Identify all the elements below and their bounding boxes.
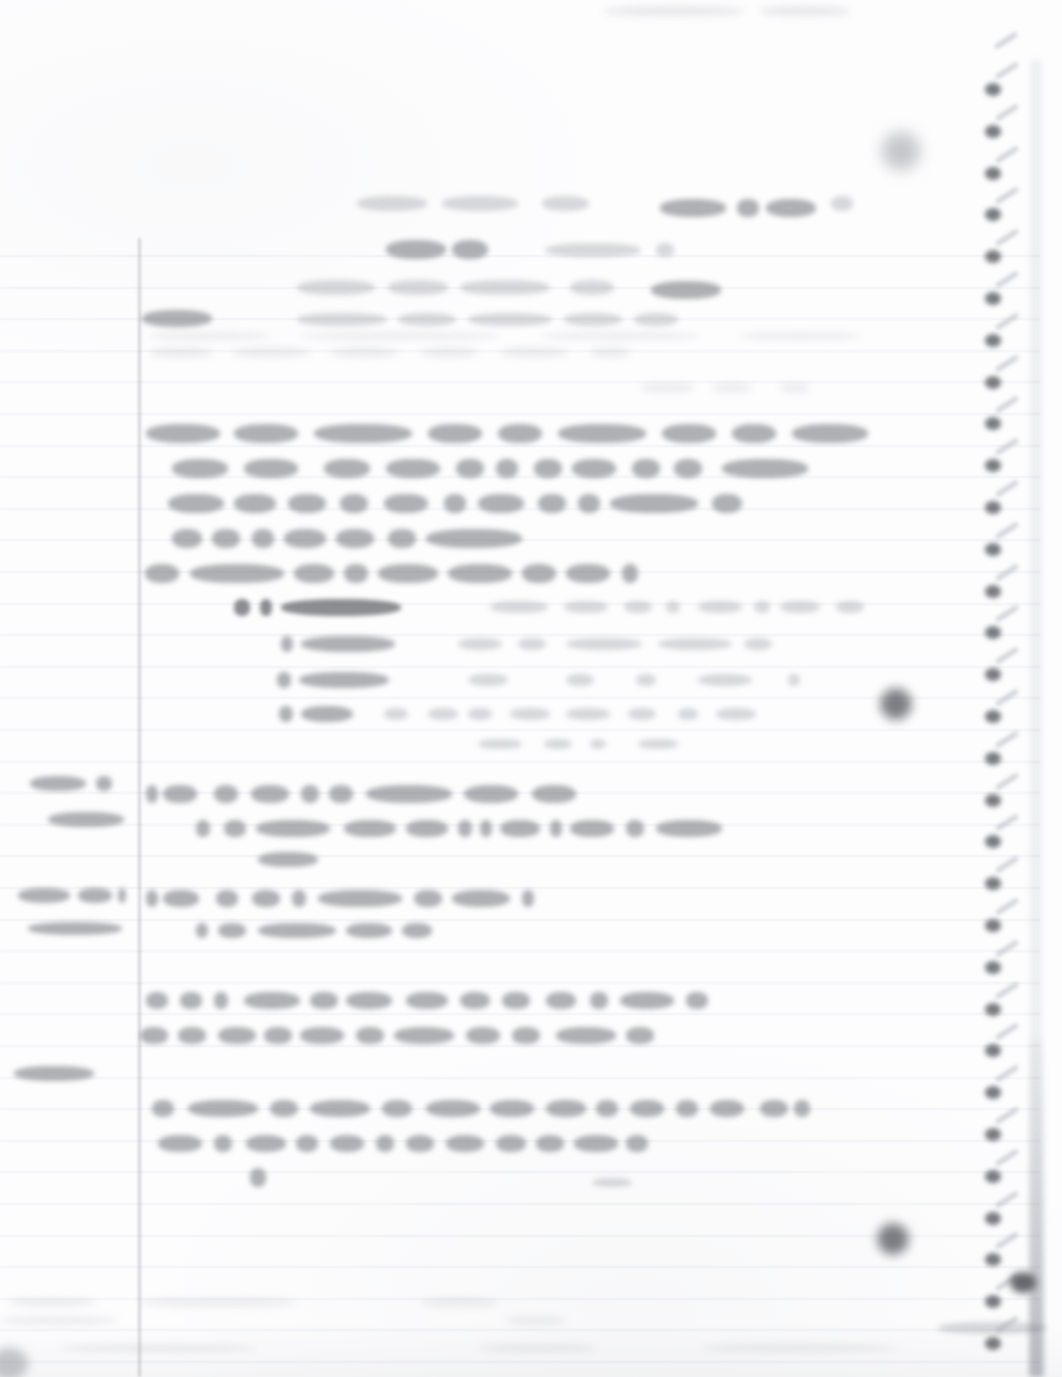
spiral-coil-tail: [995, 479, 1020, 497]
ink-stroke: [402, 923, 432, 938]
spiral-coil-tail: [995, 1023, 1020, 1041]
ink-stroke: [356, 1027, 384, 1044]
ink-stroke: [590, 739, 606, 749]
ruled-line: [0, 1203, 1040, 1205]
spiral-coil: [985, 1128, 1001, 1141]
ink-stroke: [300, 332, 500, 340]
ink-stroke: [142, 310, 212, 327]
ink-stroke: [346, 923, 392, 938]
ink-stroke: [406, 1135, 434, 1152]
hole-punch: [875, 683, 917, 725]
ink-stroke: [578, 494, 600, 513]
ink-stroke: [766, 199, 816, 217]
ink-stroke: [534, 459, 562, 478]
ink-stroke: [292, 890, 306, 907]
ink-stroke: [700, 1344, 896, 1352]
spiral-coil-tail: [995, 1065, 1020, 1083]
spiral-coil-tail: [995, 187, 1020, 205]
ink-stroke: [118, 888, 126, 903]
ink-stroke: [518, 638, 546, 650]
spiral-coil: [985, 1003, 1001, 1016]
spiral-coil-tail: [995, 897, 1020, 915]
spiral-coil-tail: [995, 61, 1020, 79]
ink-stroke: [712, 494, 742, 513]
ink-stroke: [218, 1027, 256, 1044]
spiral-coil: [985, 626, 1001, 639]
ink-stroke: [28, 922, 122, 935]
spiral-coil: [985, 585, 1001, 598]
spiral-coil-tail: [995, 103, 1020, 121]
ink-stroke: [281, 599, 401, 616]
ink-stroke: [406, 820, 448, 837]
ruled-line: [0, 855, 1040, 857]
ink-stroke: [386, 240, 446, 259]
ink-stroke: [510, 708, 550, 720]
ruled-line: [0, 1361, 1040, 1363]
ink-stroke: [536, 1135, 564, 1152]
ink-stroke: [626, 820, 644, 837]
ink-stroke: [448, 564, 512, 583]
ink-stroke: [658, 638, 732, 650]
ink-stroke: [626, 1027, 654, 1044]
ink-stroke: [444, 494, 466, 513]
spiral-coil-tail: [995, 605, 1020, 623]
ink-stroke: [538, 494, 566, 513]
ink-stroke: [512, 1027, 540, 1044]
ink-stroke: [630, 1100, 664, 1117]
notebook-page: [0, 0, 1062, 1377]
ink-stroke: [279, 706, 293, 722]
bottom-left-corner-mark: [0, 1348, 28, 1377]
ink-stroke: [329, 785, 353, 803]
ink-stroke: [214, 1135, 232, 1152]
ink-stroke: [792, 424, 868, 443]
ink-stroke: [163, 785, 197, 803]
ruled-line: [0, 666, 1040, 668]
ink-stroke: [468, 674, 508, 686]
spiral-coil: [985, 835, 1001, 848]
ink-stroke: [140, 1298, 296, 1307]
ink-stroke: [146, 890, 158, 907]
ink-stroke: [566, 638, 642, 650]
spiral-coil: [985, 1253, 1001, 1266]
ink-stroke: [674, 459, 702, 478]
spiral-coil: [985, 543, 1001, 556]
ink-stroke: [150, 332, 270, 340]
ink-stroke: [744, 638, 772, 650]
spiral-coil: [985, 208, 1001, 221]
ink-stroke: [252, 529, 274, 548]
ink-stroke: [300, 1027, 344, 1044]
ink-stroke: [490, 601, 548, 613]
ink-stroke: [458, 820, 472, 837]
ink-stroke: [168, 494, 224, 513]
ink-stroke: [564, 313, 622, 326]
ink-stroke: [146, 785, 158, 803]
ink-stroke: [456, 459, 484, 478]
ink-stroke: [740, 332, 860, 340]
margin-rule-line: [138, 238, 141, 1377]
ink-stroke: [378, 564, 438, 583]
ink-stroke: [188, 1100, 258, 1117]
ink-stroke: [150, 347, 212, 358]
ink-stroke: [216, 890, 238, 907]
ink-stroke: [500, 347, 568, 358]
spiral-coil: [985, 1170, 1001, 1183]
ink-stroke: [78, 888, 112, 903]
spiral-coil: [985, 334, 1001, 347]
ink-stroke: [780, 601, 820, 613]
ink-stroke: [384, 494, 428, 513]
ink-stroke: [480, 820, 492, 837]
spiral-coil: [985, 459, 1001, 472]
ink-stroke: [244, 459, 298, 478]
ink-stroke: [420, 347, 478, 358]
ink-stroke: [344, 564, 368, 583]
spiral-coil-tail: [995, 856, 1020, 874]
spiral-coil-tail: [995, 1148, 1020, 1166]
ink-stroke: [550, 820, 562, 837]
ink-stroke: [532, 785, 576, 803]
ink-stroke: [214, 992, 228, 1009]
spiral-coil: [985, 668, 1001, 681]
ink-stroke: [246, 1135, 286, 1152]
ink-stroke: [301, 785, 319, 803]
ruled-line: [0, 950, 1040, 952]
spiral-coil-tail: [995, 772, 1020, 790]
ink-stroke: [498, 424, 542, 443]
ink-stroke: [346, 992, 392, 1009]
ruled-line: [0, 634, 1040, 636]
ink-stroke: [336, 529, 374, 548]
ruled-line: [0, 1329, 1040, 1331]
spiral-coil: [985, 794, 1001, 807]
ruled-line: [0, 1171, 1040, 1173]
ink-stroke: [564, 601, 608, 613]
ink-stroke: [710, 1100, 744, 1117]
ink-stroke: [590, 347, 630, 358]
ink-stroke: [196, 923, 208, 938]
ink-stroke: [140, 1027, 168, 1044]
ruled-line: [0, 445, 1040, 447]
hole-punch: [872, 1218, 914, 1260]
ink-stroke: [252, 890, 280, 907]
ink-stroke: [446, 1135, 484, 1152]
ink-stroke: [760, 1100, 788, 1117]
spiral-coil-tail: [995, 396, 1020, 414]
spiral-coil: [985, 1044, 1001, 1057]
ink-stroke: [676, 1100, 698, 1117]
ink-stroke: [251, 785, 289, 803]
top-edge-smudge: [604, 6, 744, 16]
ink-stroke: [398, 313, 456, 326]
ink-stroke: [330, 1135, 364, 1152]
ruled-line: [0, 919, 1040, 921]
ink-stroke: [566, 674, 594, 686]
spiral-coil: [985, 417, 1001, 430]
ink-stroke: [14, 1066, 94, 1081]
ink-stroke: [357, 196, 427, 211]
spiral-coil: [985, 1295, 1001, 1308]
spiral-coil: [985, 376, 1001, 389]
ink-stroke: [18, 888, 70, 903]
spiral-coil: [985, 501, 1001, 514]
spiral-coil: [985, 83, 1001, 96]
ink-stroke: [324, 459, 370, 478]
ink-stroke: [622, 564, 638, 583]
spiral-coil: [985, 292, 1001, 305]
ink-stroke: [310, 992, 338, 1009]
spiral-coil: [985, 250, 1001, 263]
ink-stroke: [698, 674, 752, 686]
ink-stroke: [737, 199, 759, 217]
ink-stroke: [96, 776, 112, 791]
ink-stroke: [299, 672, 389, 688]
ink-stroke: [780, 383, 810, 393]
ink-stroke: [522, 564, 556, 583]
ink-stroke: [610, 494, 698, 513]
ink-stroke: [388, 529, 416, 548]
ink-stroke: [478, 1344, 596, 1352]
spiral-coil-tail: [995, 145, 1020, 163]
ruled-line: [0, 1013, 1040, 1015]
ink-stroke: [297, 313, 387, 326]
ink-stroke: [506, 1316, 566, 1325]
ink-stroke: [30, 776, 86, 791]
ink-stroke: [570, 820, 614, 837]
ink-stroke: [301, 706, 353, 722]
ink-stroke: [388, 280, 448, 295]
spiral-coil-tail: [995, 354, 1020, 372]
ink-stroke: [478, 739, 522, 749]
ink-stroke: [224, 820, 246, 837]
ink-stroke: [490, 1100, 534, 1117]
ink-stroke: [8, 1298, 96, 1307]
ruled-line: [0, 729, 1040, 731]
ink-stroke: [0, 1316, 118, 1325]
ink-stroke: [158, 1135, 202, 1152]
ink-stroke: [366, 785, 452, 803]
ink-stroke: [458, 638, 502, 650]
ink-stroke: [634, 313, 678, 326]
ink-stroke: [258, 852, 318, 867]
ink-stroke: [314, 424, 412, 443]
ink-stroke: [460, 280, 550, 295]
ink-stroke: [294, 564, 334, 583]
ink-stroke: [666, 601, 680, 613]
spiral-coil: [985, 961, 1001, 974]
page-number-smudge: [878, 128, 924, 174]
ink-stroke: [152, 1100, 174, 1117]
ink-stroke: [656, 820, 722, 837]
ink-stroke: [163, 890, 199, 907]
ink-stroke: [566, 564, 610, 583]
ink-stroke: [414, 890, 442, 907]
ink-stroke: [214, 785, 238, 803]
ink-stroke: [442, 196, 518, 211]
ink-stroke: [544, 739, 572, 749]
spiral-coil-tail: [995, 730, 1020, 748]
ink-stroke: [540, 332, 700, 340]
ink-stroke: [428, 708, 458, 720]
spiral-coil: [985, 1337, 1001, 1350]
ink-stroke: [478, 494, 524, 513]
ink-stroke: [636, 674, 656, 686]
ink-stroke: [318, 890, 402, 907]
ink-stroke: [678, 708, 698, 720]
ink-stroke: [48, 812, 124, 827]
ink-stroke: [712, 383, 752, 393]
ink-stroke: [574, 1135, 618, 1152]
ink-stroke: [570, 280, 614, 295]
ink-stroke: [468, 708, 492, 720]
ink-stroke: [288, 494, 326, 513]
ink-stroke: [628, 708, 656, 720]
spiral-coil: [985, 1086, 1001, 1099]
ruled-line: [0, 1045, 1040, 1047]
ink-stroke: [640, 383, 695, 393]
ink-stroke: [297, 280, 375, 295]
spiral-coil-tail: [995, 521, 1020, 539]
ruled-line: [0, 761, 1040, 763]
ruled-line: [0, 1077, 1040, 1079]
ink-stroke: [545, 243, 641, 257]
spiral-coil: [985, 167, 1001, 180]
ink-stroke: [500, 820, 540, 837]
ink-stroke: [145, 564, 179, 583]
ink-stroke: [426, 529, 522, 548]
ink-stroke: [264, 1027, 292, 1044]
ruled-line: [0, 413, 1040, 415]
ink-stroke: [232, 347, 310, 358]
ink-stroke: [626, 1135, 648, 1152]
spiral-coil-tail: [995, 939, 1020, 957]
spiral-coil-tail: [995, 312, 1020, 330]
ink-stroke: [384, 708, 408, 720]
ink-stroke: [386, 459, 440, 478]
ink-stroke: [284, 529, 326, 548]
ink-stroke: [632, 459, 660, 478]
ink-stroke: [460, 992, 490, 1009]
ink-stroke: [722, 459, 808, 478]
ink-stroke: [556, 1027, 616, 1044]
ink-stroke: [542, 196, 589, 211]
ruled-line: [0, 255, 1040, 257]
ink-stroke: [382, 1100, 412, 1117]
spiral-coil-tail: [995, 438, 1020, 456]
ink-stroke: [218, 923, 246, 938]
ink-stroke: [426, 1100, 480, 1117]
spiral-coil-tail: [995, 229, 1020, 247]
ruled-line: [0, 887, 1040, 889]
ink-stroke: [656, 243, 674, 257]
ink-stroke: [624, 601, 652, 613]
ink-stroke: [572, 459, 616, 478]
ink-stroke: [270, 1100, 298, 1117]
ink-stroke: [296, 1135, 318, 1152]
ink-stroke: [310, 1100, 370, 1117]
ruled-line: [0, 1266, 1040, 1268]
ink-stroke: [428, 424, 482, 443]
ink-stroke: [788, 674, 800, 686]
ink-stroke: [732, 424, 776, 443]
ink-stroke: [651, 281, 721, 299]
ink-stroke: [256, 820, 330, 837]
ink-stroke: [686, 992, 708, 1009]
ink-stroke: [716, 708, 756, 720]
ink-stroke: [260, 599, 272, 616]
ink-stroke: [546, 1100, 586, 1117]
spiral-coil: [985, 125, 1001, 138]
ruled-line: [0, 982, 1040, 984]
ink-stroke: [281, 636, 293, 652]
ink-stroke: [496, 459, 518, 478]
ink-stroke: [546, 992, 576, 1009]
ink-stroke: [172, 459, 228, 478]
ink-stroke: [662, 424, 716, 443]
ink-stroke: [146, 992, 168, 1009]
ink-stroke: [452, 890, 510, 907]
ink-stroke: [301, 636, 395, 652]
ink-stroke: [420, 1298, 498, 1307]
ruled-line: [0, 381, 1040, 383]
spiral-coil: [985, 919, 1001, 932]
spiral-coil-tail: [994, 31, 1019, 49]
ink-stroke: [406, 992, 448, 1009]
ink-stroke: [60, 1344, 256, 1352]
ink-stroke: [196, 820, 210, 837]
ink-stroke: [394, 1027, 454, 1044]
ink-stroke: [496, 1135, 526, 1152]
ink-stroke: [468, 313, 552, 326]
ink-stroke: [234, 599, 250, 616]
ink-stroke: [376, 1135, 394, 1152]
ink-stroke: [502, 992, 530, 1009]
ink-stroke: [234, 494, 276, 513]
page-edge-shadow-dark: [1029, 1040, 1044, 1377]
ink-stroke: [620, 992, 674, 1009]
spiral-coil-dark-segment: [1010, 1272, 1036, 1293]
ink-stroke: [464, 785, 518, 803]
ink-stroke: [234, 424, 298, 443]
spiral-coil: [985, 710, 1001, 723]
ink-stroke: [190, 564, 284, 583]
ink-stroke: [566, 708, 610, 720]
spiral-coil: [985, 752, 1001, 765]
ink-stroke: [754, 601, 770, 613]
ink-stroke: [250, 1168, 266, 1187]
ink-stroke: [466, 1027, 500, 1044]
spiral-coil: [985, 1212, 1001, 1225]
spiral-coil-tail: [995, 1190, 1020, 1208]
ink-stroke: [244, 992, 300, 1009]
ink-stroke: [212, 529, 240, 548]
ink-stroke: [660, 199, 726, 217]
ink-stroke: [592, 1178, 632, 1187]
top-edge-smudge: [760, 6, 850, 16]
ink-stroke: [596, 1100, 618, 1117]
ink-stroke: [258, 923, 336, 938]
ink-stroke: [522, 890, 534, 907]
ink-stroke: [698, 601, 742, 613]
ink-stroke: [794, 1100, 810, 1117]
ink-stroke: [831, 196, 853, 211]
ink-stroke: [340, 494, 368, 513]
ink-stroke: [344, 820, 396, 837]
ink-stroke: [836, 601, 864, 613]
ink-stroke: [277, 672, 291, 688]
ink-stroke: [590, 992, 608, 1009]
